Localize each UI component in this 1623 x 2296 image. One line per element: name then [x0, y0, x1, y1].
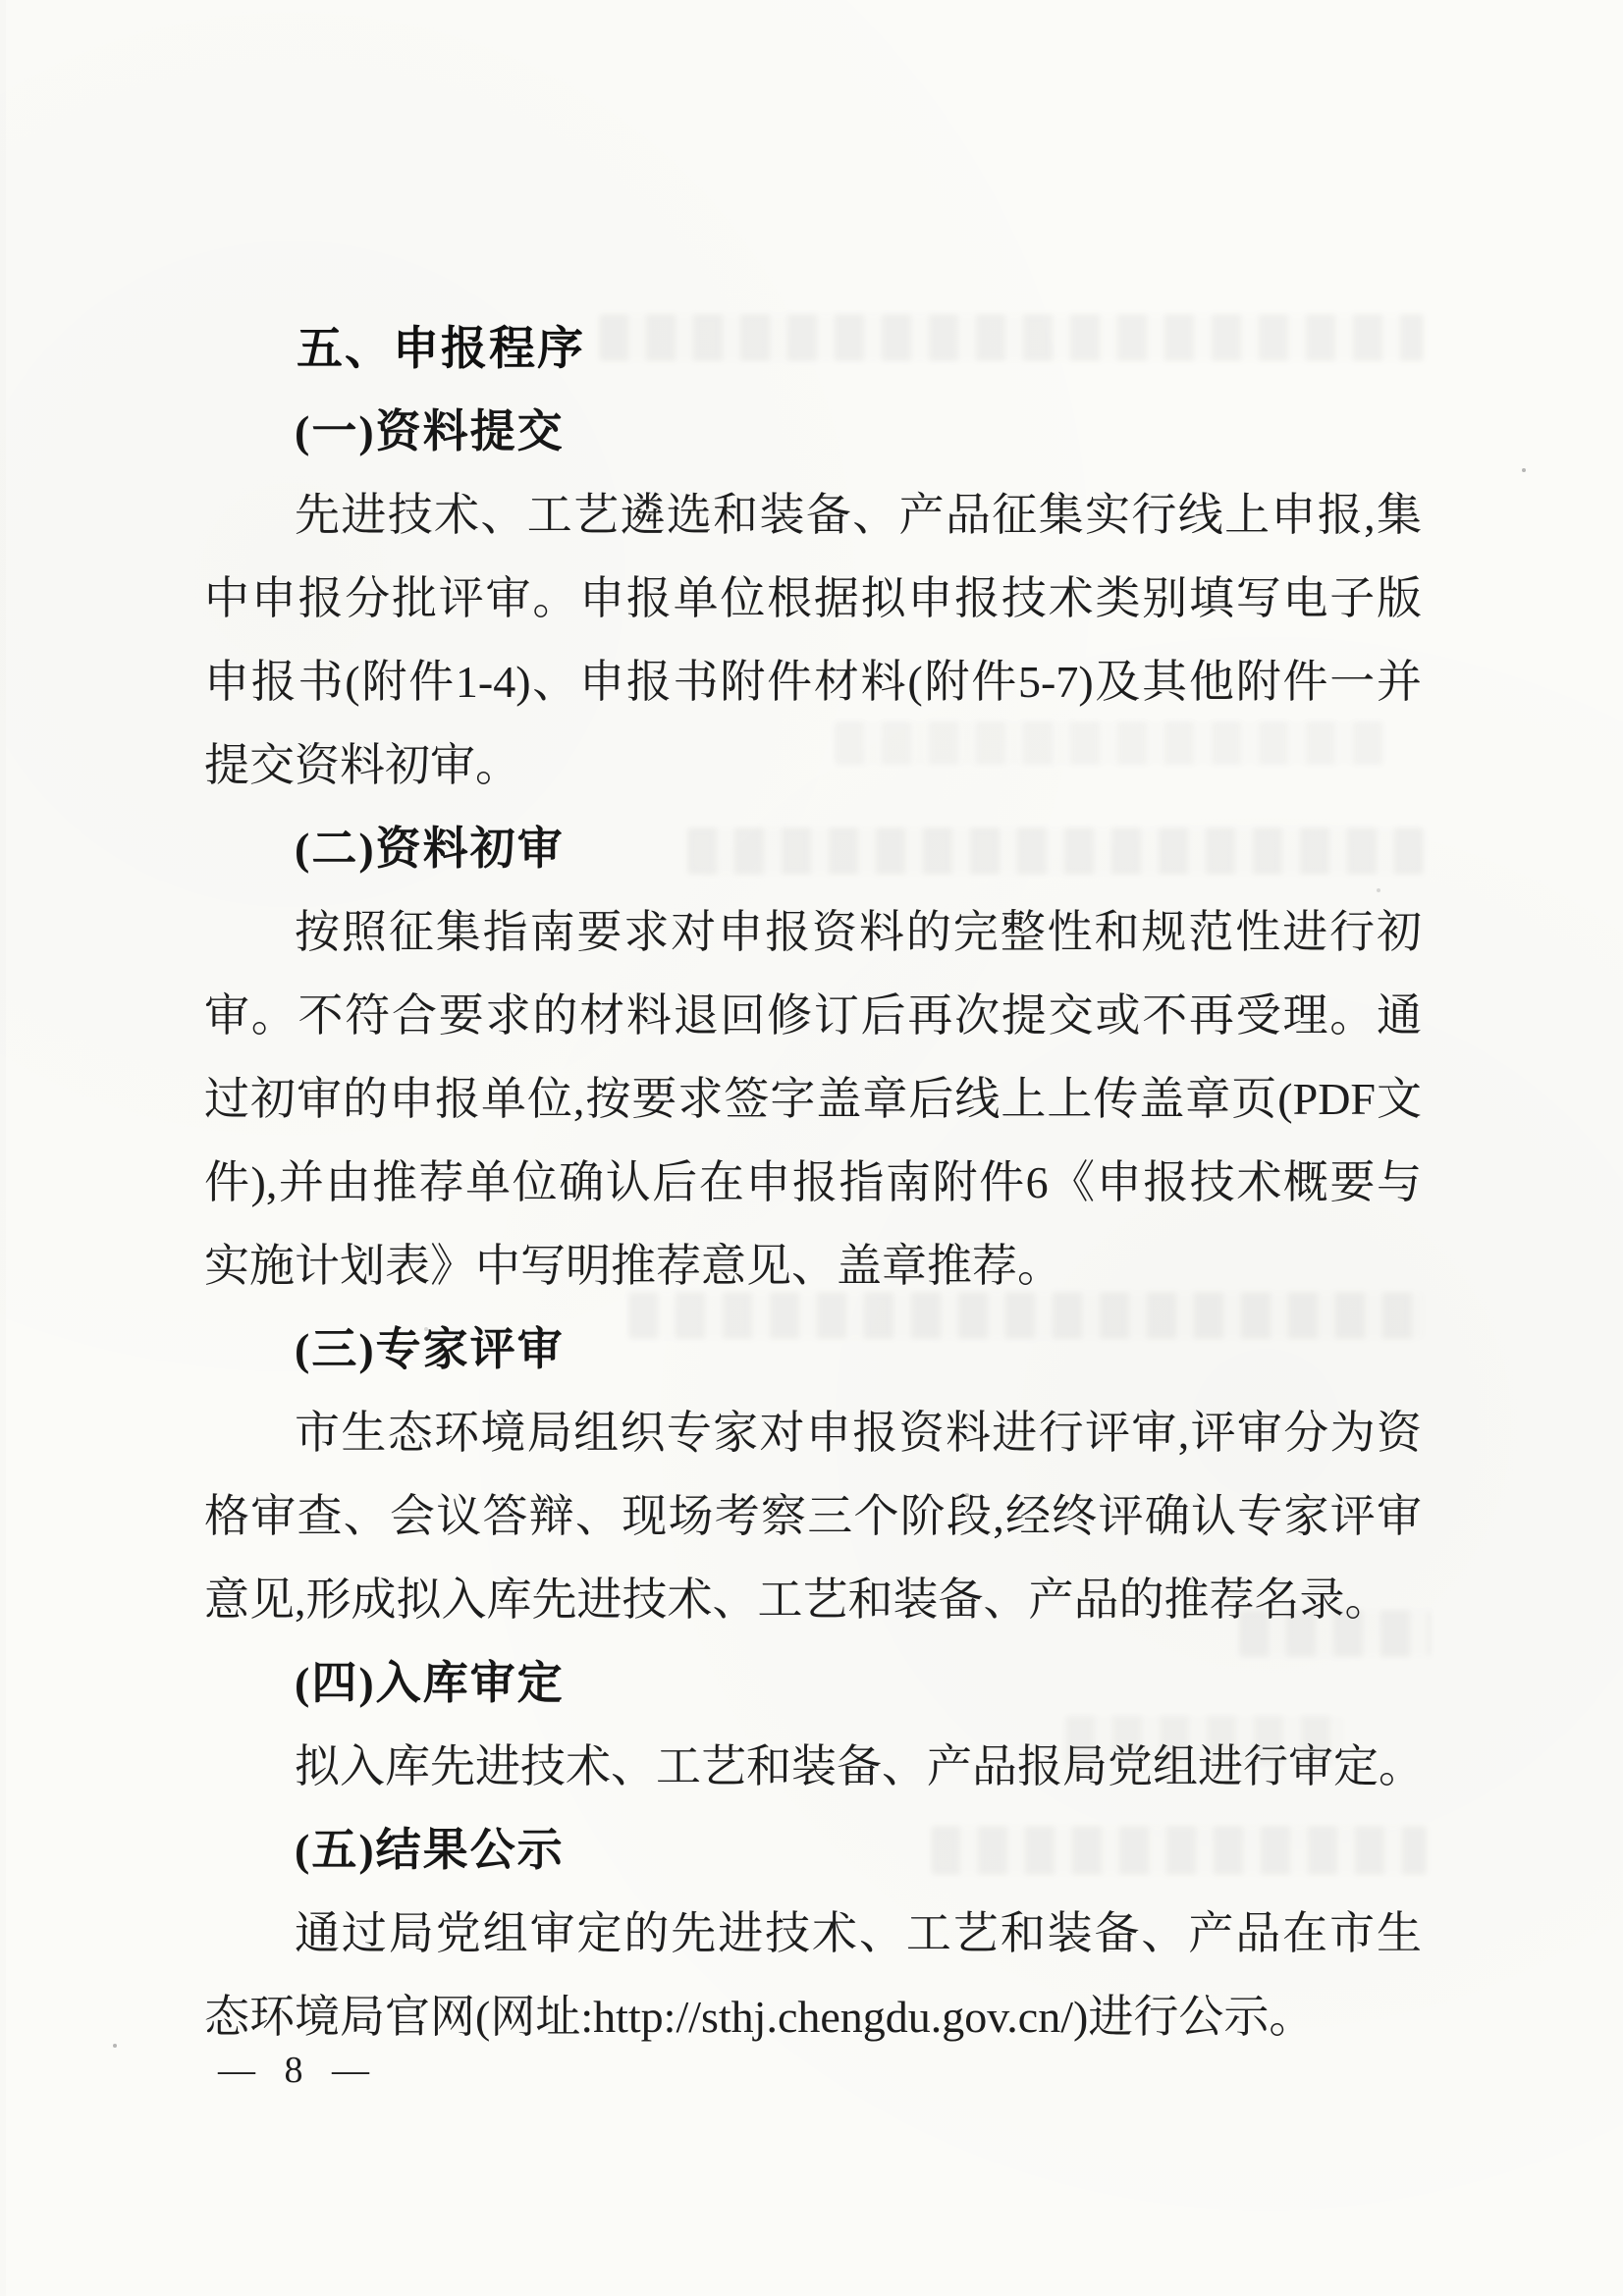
subsection-3-heading: (三)专家评审: [204, 1308, 1422, 1391]
subsection-5-body: 通过局党组审定的先进技术、工艺和装备、产品在市生态环境局官网(网址:http:/…: [204, 1892, 1422, 2058]
scanned-document-page: 五、申报程序 (一)资料提交 先进技术、工艺遴选和装备、产品征集实行线上申报,集…: [0, 0, 1623, 2296]
subsection-2-heading: (二)资料初审: [204, 807, 1422, 890]
subsection-4-body: 拟入库先进技术、工艺和装备、产品报局党组进行审定。: [204, 1725, 1422, 1808]
subsection-5-heading: (五)结果公示: [204, 1808, 1422, 1892]
subsection-3-body: 市生态环境局组织专家对申报资料进行评审,评审分为资格审查、会议答辩、现场考察三个…: [204, 1391, 1422, 1641]
subsection-1-body: 先进技术、工艺遴选和装备、产品征集实行线上申报,集中申报分批评审。申报单位根据拟…: [204, 473, 1422, 807]
scan-speck: [113, 2044, 117, 2048]
scan-speck: [1522, 468, 1526, 472]
page-number: — 8 —: [218, 2047, 379, 2094]
subsection-4-heading: (四)入库审定: [204, 1641, 1422, 1725]
subsection-2-body: 按照征集指南要求对申报资料的完整性和规范性进行初审。不符合要求的材料退回修订后再…: [204, 890, 1422, 1308]
subsection-1-heading: (一)资料提交: [204, 390, 1422, 473]
section-title: 五、申报程序: [204, 306, 1422, 390]
document-body: 五、申报程序 (一)资料提交 先进技术、工艺遴选和装备、产品征集实行线上申报,集…: [204, 306, 1422, 2058]
